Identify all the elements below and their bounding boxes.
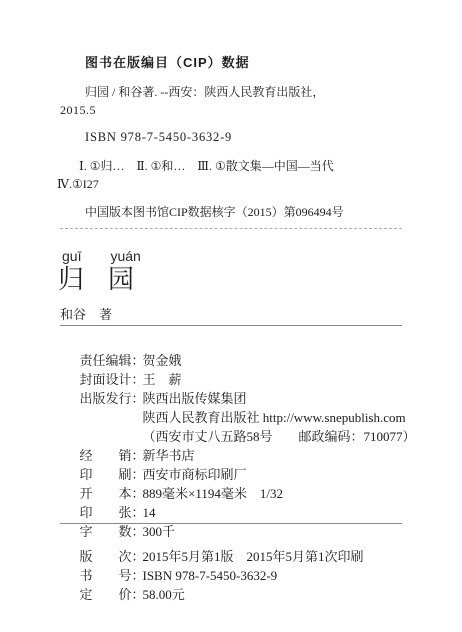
colophon-colon: ： xyxy=(132,503,143,522)
colophon-value: 新华书店 xyxy=(143,448,195,463)
colophon-value: 2015年5月第1版 2015年5月第1次印刷 xyxy=(143,549,364,564)
book-title: 归 园 xyxy=(58,264,134,296)
colophon-label: 责任编辑 xyxy=(80,351,132,370)
colophon-value: 西安市商标印刷厂 xyxy=(143,467,247,482)
colophon-value: ISBN 978-7-5450-3632-9 xyxy=(143,568,278,583)
colophon-label: 出版发行 xyxy=(80,389,132,408)
colophon-colon: ： xyxy=(132,389,143,408)
colophon-label: 印 刷 xyxy=(80,465,132,484)
colophon-value: 陕西出版传媒集团 xyxy=(143,391,247,406)
cip-classification-line1: Ⅰ. ①归… Ⅱ. ①和… Ⅲ. ①散文集—中国—当代 xyxy=(79,157,334,174)
author-line: 和谷 著 xyxy=(60,304,112,323)
colophon-value: 王 薪 xyxy=(143,372,182,387)
colophon-colon: ： xyxy=(132,351,143,370)
colophon-label: 版 次 xyxy=(80,547,132,566)
colophon-colon: ： xyxy=(132,585,143,604)
cip-classification-line2: Ⅳ.①I27 xyxy=(57,177,99,192)
colophon-value: 陕西人民教育出版社 http://www.snepublish.com xyxy=(143,410,406,425)
title-pinyin: guī yuán xyxy=(62,248,141,264)
colophon-label: 书 号 xyxy=(80,566,132,585)
colophon-colon: ： xyxy=(132,465,143,484)
colophon-value: 14 xyxy=(143,505,156,520)
pinyin-syllable: yuán xyxy=(110,248,140,264)
colophon-value: 贺金娥 xyxy=(143,353,182,368)
colophon-colon: ： xyxy=(132,446,143,465)
colophon-label: 经 销 xyxy=(80,446,132,465)
divider-dashed xyxy=(60,228,402,229)
pinyin-syllable: guī xyxy=(62,248,81,264)
colophon-value: （西安市丈八五路58号 邮政编码：710077） xyxy=(143,429,416,444)
colophon-block: 责任编辑：贺金娥 封面设计：王 薪 出版发行：陕西出版传媒集团 陕西人民教育出版… xyxy=(60,332,416,522)
cip-entry-line2: 2015.5 xyxy=(60,103,96,118)
colophon-colon: ： xyxy=(132,484,143,503)
divider-bottom xyxy=(60,523,402,524)
title-char: 园 xyxy=(108,264,134,296)
colophon-bottom-block: 版 次：2015年5月第1版 2015年5月第1次印刷 书 号：ISBN 978… xyxy=(60,528,364,585)
cip-header: 图书在版编目（CIP）数据 xyxy=(85,52,250,71)
colophon-colon: ： xyxy=(132,547,143,566)
colophon-value: 58.00元 xyxy=(143,587,185,602)
colophon-row: 版 次：2015年5月第1版 2015年5月第1次印刷 xyxy=(60,528,364,547)
cip-entry-line1: 归园 / 和谷著. --西安：陕西人民教育出版社， xyxy=(85,83,324,100)
colophon-value: 889毫米×1194毫米 1/32 xyxy=(143,486,283,501)
cip-isbn: ISBN 978-7-5450-3632-9 xyxy=(85,130,232,145)
colophon-label: 印 张 xyxy=(80,503,132,522)
colophon-label: 封面设计 xyxy=(80,370,132,389)
colophon-label: 开 本 xyxy=(80,484,132,503)
book-copyright-page: 图书在版编目（CIP）数据 归园 / 和谷著. --西安：陕西人民教育出版社， … xyxy=(0,0,462,632)
divider-top xyxy=(60,325,402,326)
colophon-row: 责任编辑：贺金娥 xyxy=(60,332,416,351)
colophon-colon: ： xyxy=(132,370,143,389)
colophon-colon: ： xyxy=(132,566,143,585)
title-char: 归 xyxy=(58,264,84,296)
cip-record-number: 中国版本图书馆CIP数据核字（2015）第096494号 xyxy=(85,203,344,220)
colophon-label: 定 价 xyxy=(80,585,132,604)
